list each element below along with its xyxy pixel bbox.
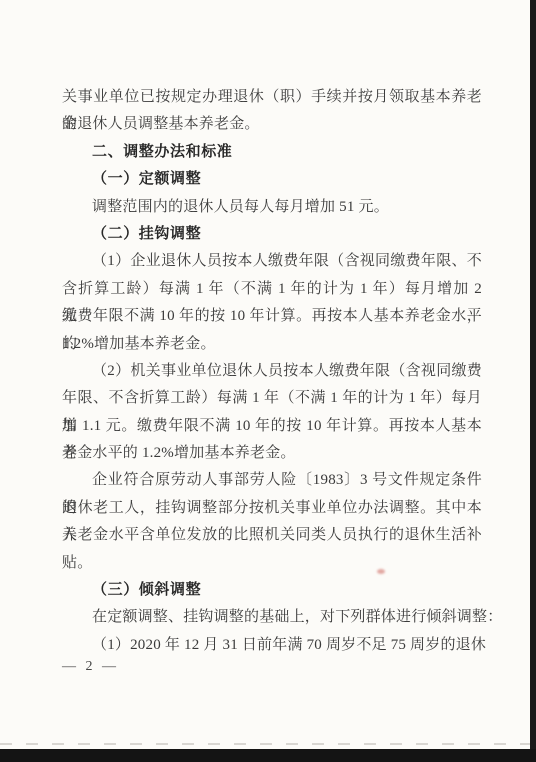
text-line: 含折算工龄）每满 1 年（不满 1 年的计为 1 年）每月增加 2 元， bbox=[62, 276, 482, 303]
text-line: 老金水平的 1.2%增加基本养老金。 bbox=[62, 440, 482, 467]
section-heading: 二、调整办法和标准 bbox=[62, 139, 482, 166]
subsection-heading: （一）定额调整 bbox=[62, 166, 482, 193]
scan-edge-bottom bbox=[0, 749, 536, 762]
text-line: 年限、不含折算工龄）每满 1 年（不满 1 年的计为 1 年）每月增 bbox=[62, 385, 482, 412]
document-body: 关事业单位已按规定办理退休（职）手续并按月领取基本养老金 的退休人员调整基本养老… bbox=[62, 84, 482, 659]
text-line: 在定额调整、挂钩调整的基础上，对下列群体进行倾斜调整： bbox=[62, 604, 482, 631]
text-line: 的退休人员调整基本养老金。 bbox=[62, 111, 482, 138]
text-line: （1）2020 年 12 月 31 日前年满 70 周岁不足 75 周岁的退休 bbox=[62, 632, 482, 659]
text-line: 关事业单位已按规定办理退休（职）手续并按月领取基本养老金 bbox=[62, 84, 482, 111]
text-line: 1.2%增加基本养老金。 bbox=[62, 331, 482, 358]
text-line: 退休老工人，挂钩调整部分按机关事业单位办法调整。其中本人 bbox=[62, 495, 482, 522]
text-line: 养老金水平含单位发放的比照机关同类人员执行的退休生活补 bbox=[62, 522, 482, 549]
page-number: — 2 — bbox=[62, 658, 119, 676]
subsection-heading: （二）挂钩调整 bbox=[62, 221, 482, 248]
text-line: （1）企业退休人员按本人缴费年限（含视同缴费年限、不 bbox=[62, 248, 482, 275]
scan-edge-right bbox=[530, 0, 536, 762]
text-line: 贴。 bbox=[62, 550, 482, 577]
text-line: 企业符合原劳动人事部劳人险〔1983〕3 号文件规定条件的 bbox=[62, 467, 482, 494]
text-line: （2）机关事业单位退休人员按本人缴费年限（含视同缴费 bbox=[62, 358, 482, 385]
scan-artifact-red-speck bbox=[377, 569, 385, 574]
subsection-heading: （三）倾斜调整 bbox=[62, 577, 482, 604]
text-line: 调整范围内的退休人员每人每月增加 51 元。 bbox=[62, 194, 482, 221]
text-line: 缴费年限不满 10 年的按 10 年计算。再按本人基本养老金水平的 bbox=[62, 303, 482, 330]
scanned-document-page: 关事业单位已按规定办理退休（职）手续并按月领取基本养老金 的退休人员调整基本养老… bbox=[0, 0, 536, 762]
text-line: 加 1.1 元。缴费年限不满 10 年的按 10 年计算。再按本人基本养 bbox=[62, 413, 482, 440]
scan-noise-line bbox=[0, 743, 530, 745]
